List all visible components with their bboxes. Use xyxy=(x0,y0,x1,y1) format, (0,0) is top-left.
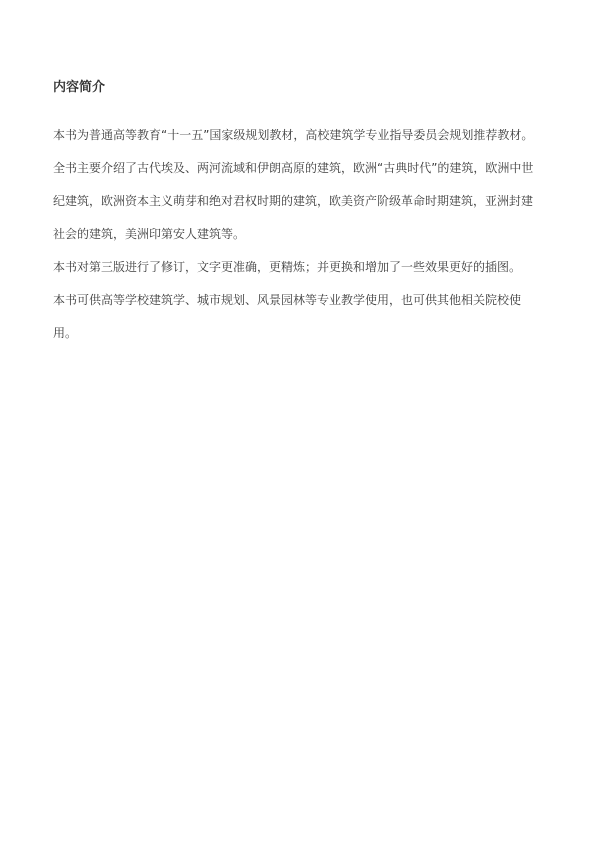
paragraph: 本书为普通高等教育“十一五”国家级规划教材，高校建筑学专业指导委员会规划推荐教材… xyxy=(53,119,544,152)
paragraph: 本书对第三版进行了修订，文字更准确，更精炼；并更换和增加了一些效果更好的插图。 xyxy=(53,251,544,284)
document-page: 内容简介 本书为普通高等教育“十一五”国家级规划教材，高校建筑学专业指导委员会规… xyxy=(0,0,596,842)
paragraph: 本书可供高等学校建筑学、城市规划、风景园林等专业教学使用，也可供其他相关院校使用… xyxy=(53,284,544,350)
paragraph: 全书主要介绍了古代埃及、两河流域和伊朗高原的建筑，欧洲“古典时代”的建筑，欧洲中… xyxy=(53,152,544,251)
section-heading: 内容简介 xyxy=(53,78,544,98)
book-description: 本书为普通高等教育“十一五”国家级规划教材，高校建筑学专业指导委员会规划推荐教材… xyxy=(53,119,544,350)
